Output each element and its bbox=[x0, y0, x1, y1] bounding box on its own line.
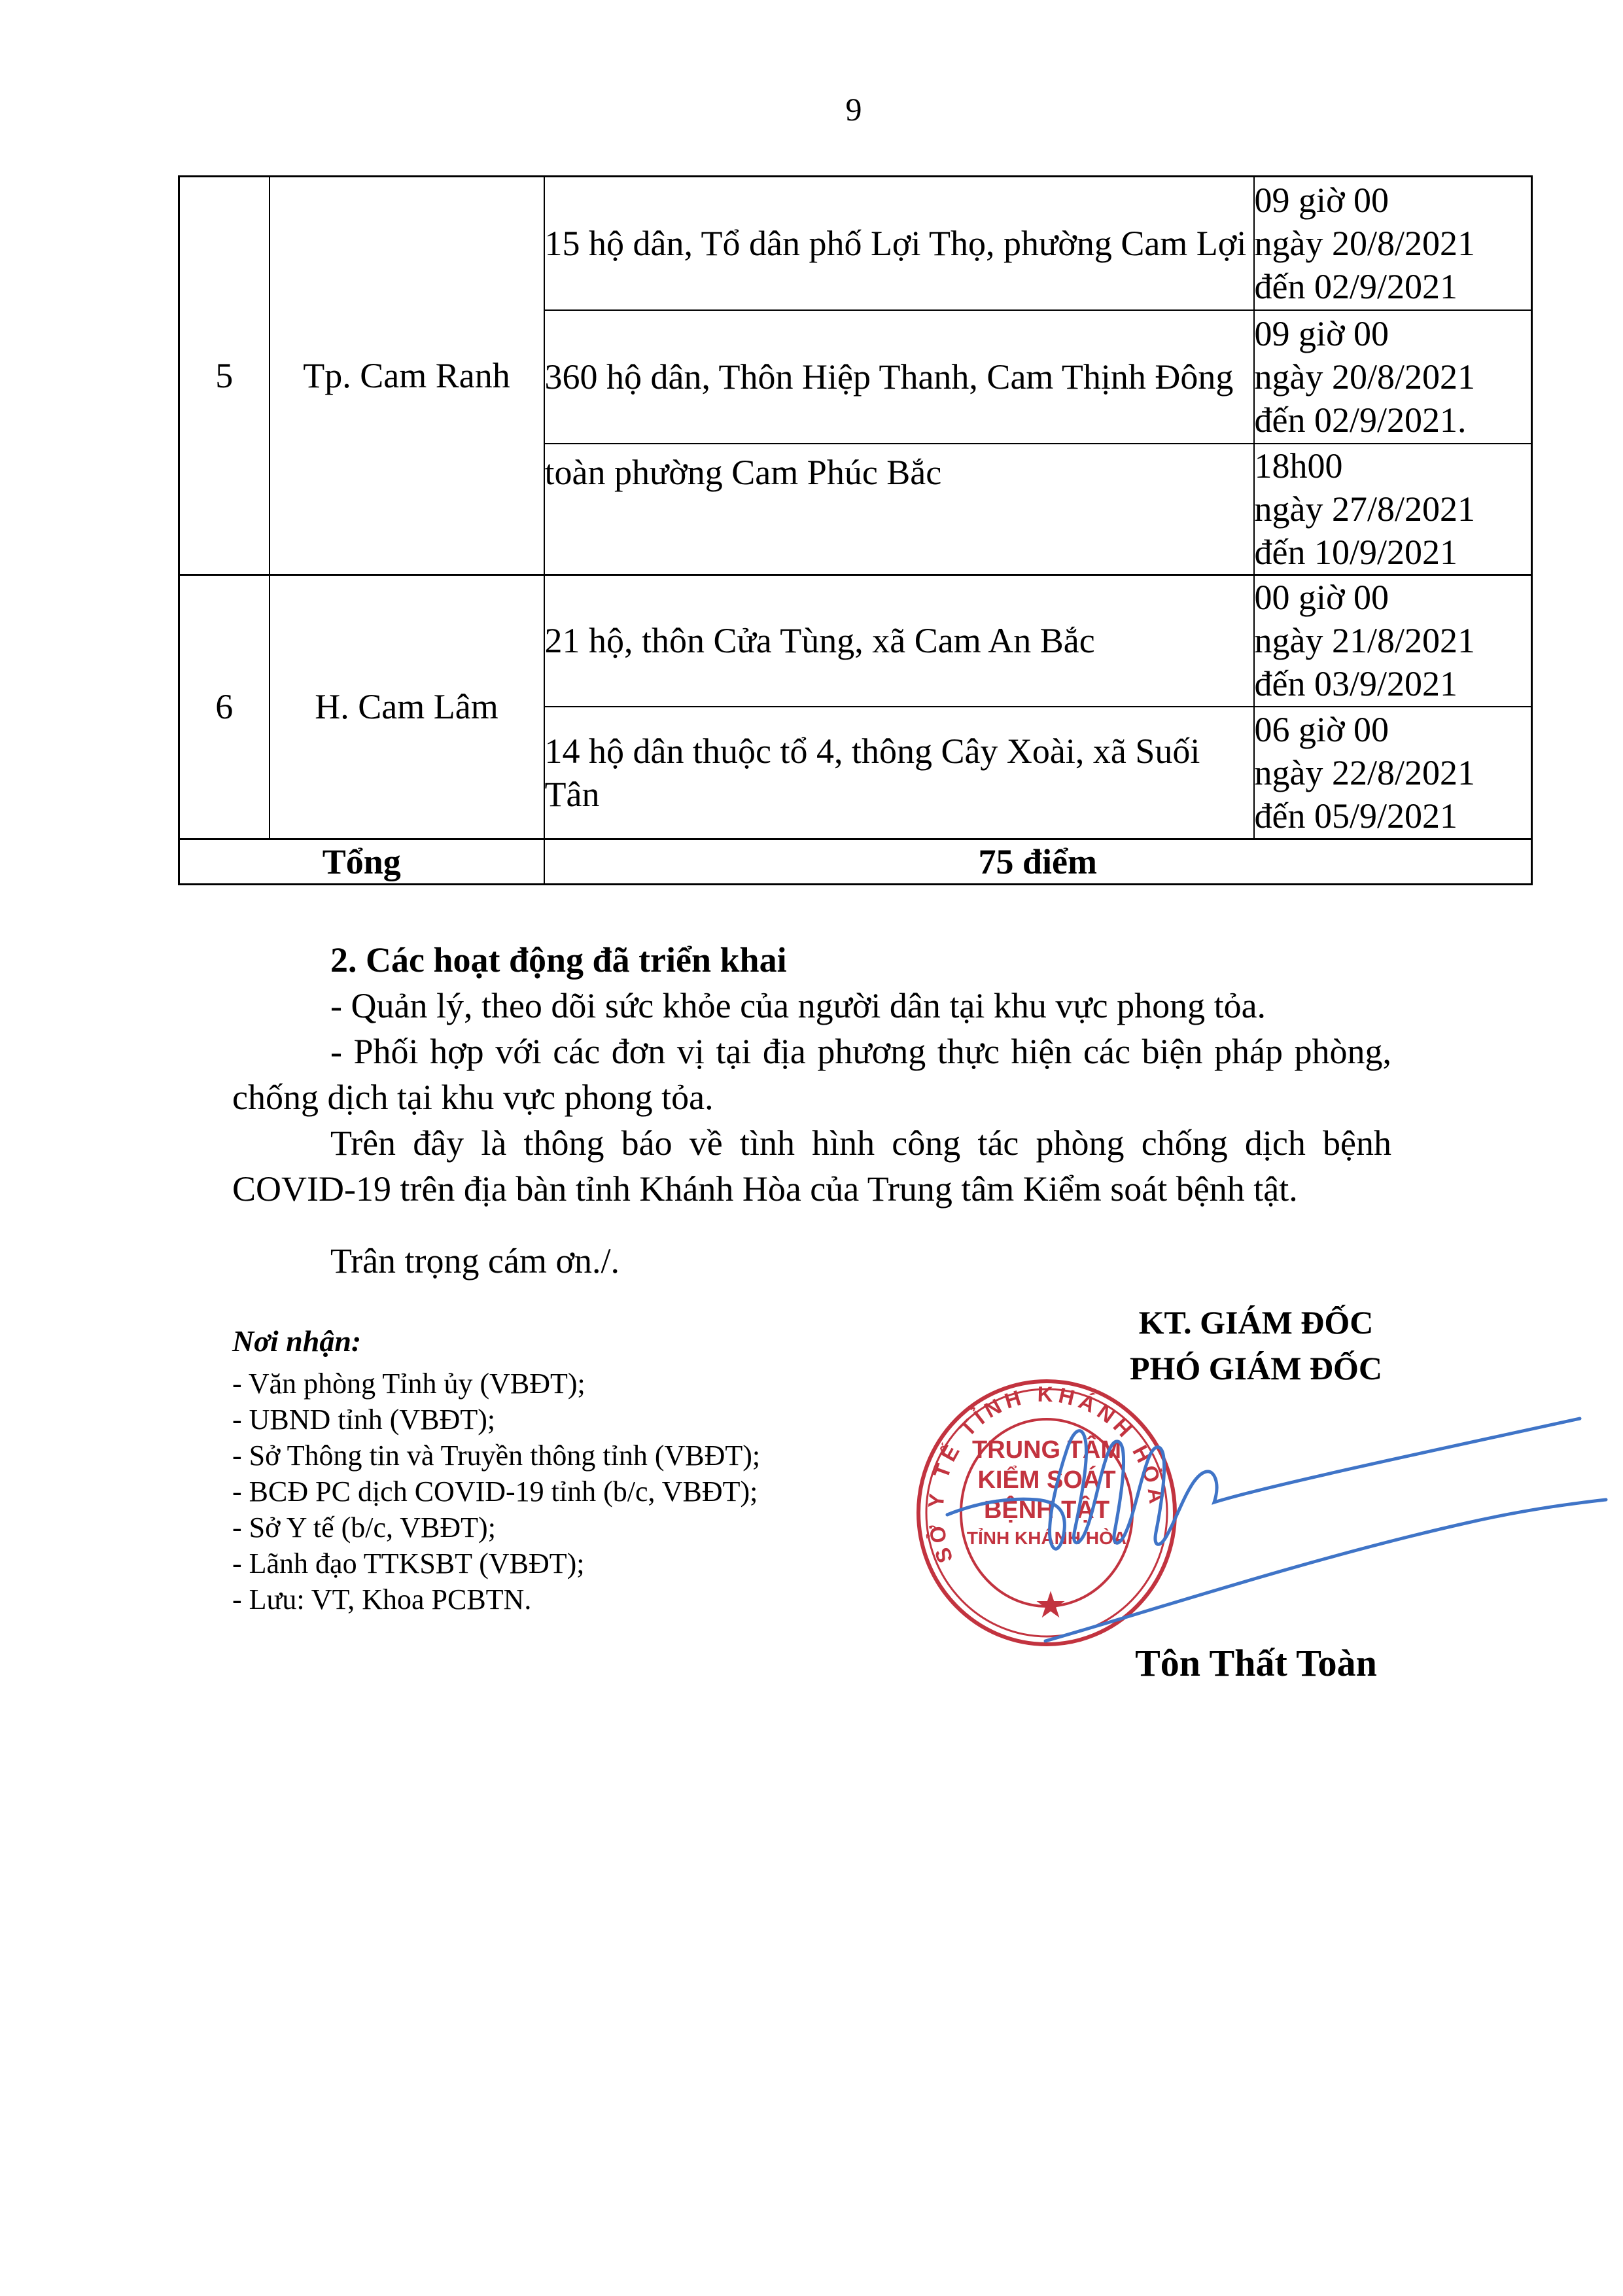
row-index: 6 bbox=[179, 574, 270, 839]
section-heading: 2. Các hoạt động đã triển khai bbox=[232, 937, 1391, 983]
zone-time-range: 09 giờ 00 ngày 20/8/2021 đến 02/9/2021 bbox=[1254, 177, 1532, 310]
paragraph-line: - Quản lý, theo dõi sức khỏe của người d… bbox=[232, 983, 1391, 1029]
star-icon: ★ bbox=[1036, 1587, 1066, 1623]
recipient-item: - Văn phòng Tỉnh ủy (VBĐT); bbox=[232, 1366, 821, 1402]
table-row: 5 Tp. Cam Ranh 15 hộ dân, Tổ dân phố Lợi… bbox=[179, 177, 1532, 310]
row-index: 5 bbox=[179, 177, 270, 575]
zone-time-range: 09 giờ 00 ngày 20/8/2021 đến 02/9/2021. bbox=[1254, 310, 1532, 444]
recipient-item: - UBND tỉnh (VBĐT); bbox=[232, 1402, 821, 1438]
stamp-center-line: TRUNG TÂM bbox=[972, 1435, 1121, 1464]
zone-location: 14 hộ dân thuộc tổ 4, thông Cây Xoài, xã… bbox=[544, 707, 1254, 839]
zone-location: 21 hộ, thôn Cửa Tùng, xã Cam An Bắc bbox=[544, 574, 1254, 707]
recipient-item: - BCĐ PC dịch COVID-19 tỉnh (b/c, VBĐT); bbox=[232, 1474, 821, 1510]
recipients-label: Nơi nhận: bbox=[232, 1323, 821, 1359]
district-name: Tp. Cam Ranh bbox=[270, 177, 544, 575]
total-label: Tổng bbox=[179, 839, 544, 884]
paragraph-line: - Phối hợp với các đơn vị tại địa phương… bbox=[232, 1029, 1391, 1074]
document-page: 9 5 Tp. Cam Ranh 15 hộ dân, Tổ dân phố L… bbox=[0, 0, 1623, 2296]
table-row: 6 H. Cam Lâm 21 hộ, thôn Cửa Tùng, xã Ca… bbox=[179, 574, 1532, 707]
closing-line: Trân trọng cám ơn./. bbox=[232, 1238, 1391, 1284]
lockdown-zones-table: 5 Tp. Cam Ranh 15 hộ dân, Tổ dân phố Lợi… bbox=[178, 175, 1533, 885]
stamp-center-line: KIỂM SOÁT bbox=[977, 1464, 1115, 1494]
table-total-row: Tổng 75 điểm bbox=[179, 839, 1532, 884]
total-value: 75 điểm bbox=[544, 839, 1532, 884]
zone-time-range: 06 giờ 00 ngày 22/8/2021 đến 05/9/2021 bbox=[1254, 707, 1532, 839]
recipient-item: - Lưu: VT, Khoa PCBTN. bbox=[232, 1581, 821, 1617]
recipients-block: Nơi nhận: - Văn phòng Tỉnh ủy (VBĐT); - … bbox=[232, 1323, 821, 1617]
zone-location: 15 hộ dân, Tổ dân phố Lợi Thọ, phường Ca… bbox=[544, 177, 1254, 310]
recipient-item: - Sở Y tế (b/c, VBĐT); bbox=[232, 1510, 821, 1545]
district-name: H. Cam Lâm bbox=[270, 574, 544, 839]
signer-name: Tôn Thất Toàn bbox=[1007, 1641, 1505, 1685]
zone-time-range: 00 giờ 00 ngày 21/8/2021 đến 03/9/2021 bbox=[1254, 574, 1532, 707]
paragraph-line: COVID-19 trên địa bàn tỉnh Khánh Hòa của… bbox=[232, 1166, 1391, 1212]
paragraph-line: Trên đây là thông báo về tình hình công … bbox=[232, 1120, 1391, 1166]
paragraph-line: chống dịch tại khu vực phong tỏa. bbox=[232, 1074, 1391, 1120]
signer-role-line1: KT. GIÁM ĐỐC bbox=[1007, 1299, 1505, 1345]
stamp-and-signature: SỞ Y TẾ TỈNH KHÁNH HÒA TRUNG TÂM KIỂM SO… bbox=[903, 1348, 1623, 1688]
stamp-center-line: TỈNH KHÁNH HÒA bbox=[967, 1527, 1126, 1548]
recipient-item: - Sở Thông tin và Truyền thông tỉnh (VBĐ… bbox=[232, 1438, 821, 1474]
page-number: 9 bbox=[0, 90, 1623, 128]
zone-location: 360 hộ dân, Thôn Hiệp Thanh, Cam Thịnh Đ… bbox=[544, 310, 1254, 444]
zone-time-range: 18h00 ngày 27/8/2021 đến 10/9/2021 bbox=[1254, 444, 1532, 575]
zone-location: toàn phường Cam Phúc Bắc bbox=[544, 444, 1254, 575]
body-text: 2. Các hoạt động đã triển khai - Quản lý… bbox=[232, 937, 1391, 1284]
recipient-item: - Lãnh đạo TTKSBT (VBĐT); bbox=[232, 1545, 821, 1581]
